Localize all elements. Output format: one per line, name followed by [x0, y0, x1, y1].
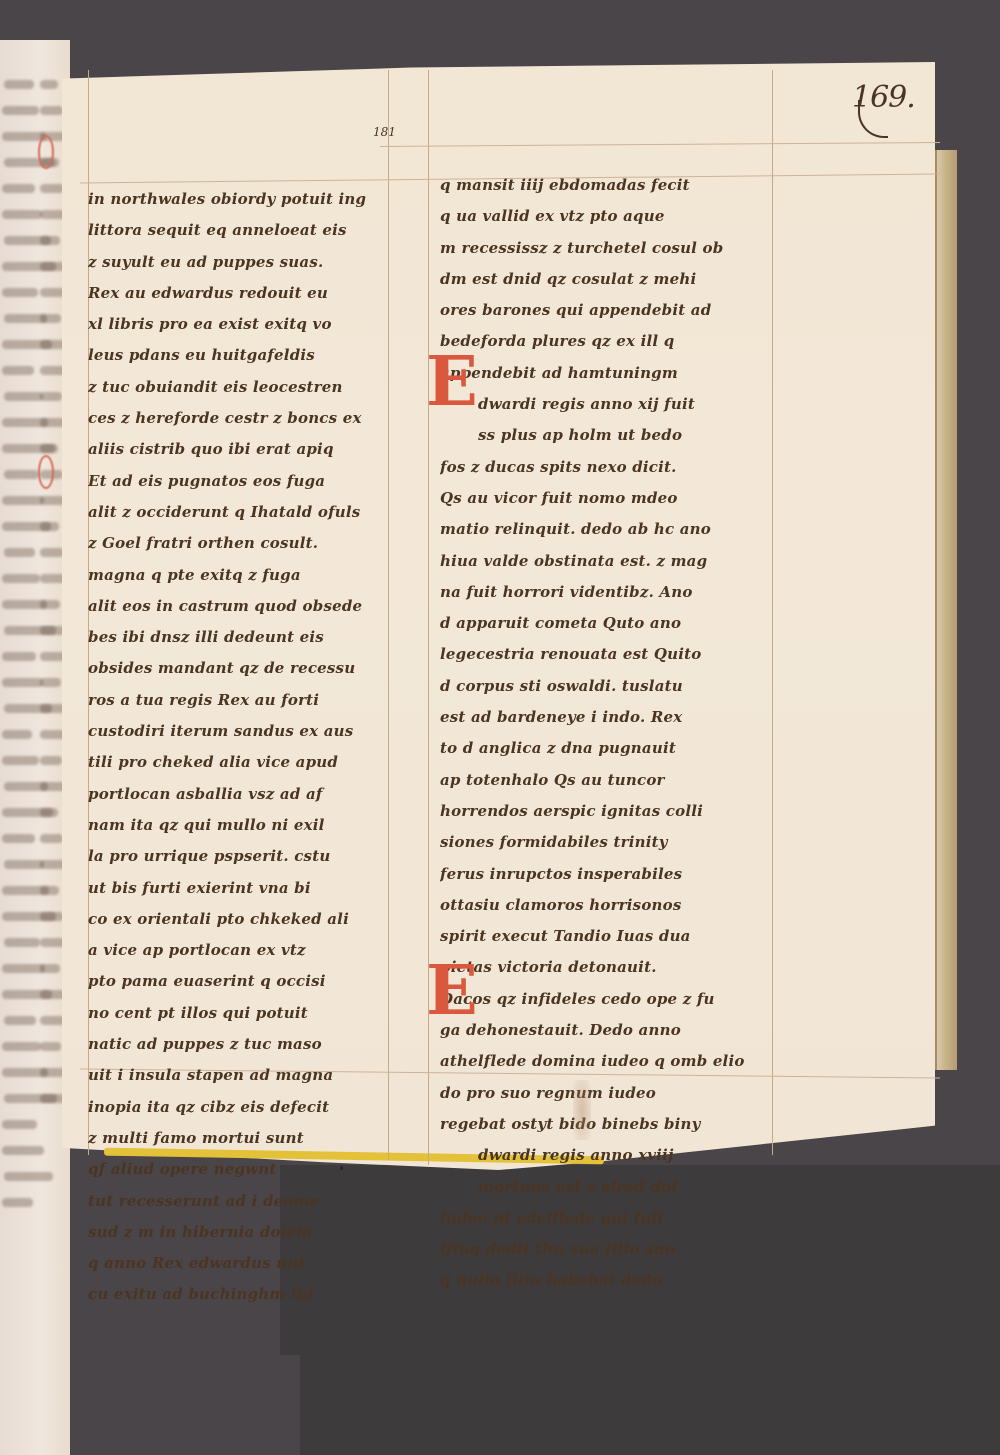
facing-text-line [40, 600, 60, 609]
text-line: athelflede domina iudeo q omb elio [440, 1046, 780, 1077]
text-line: ces z hereforde cestr z boncs ex [88, 403, 398, 434]
facing-text-line [2, 496, 44, 505]
text-line: iudeo pt edelflede qui fuit [440, 1203, 780, 1234]
text-line: pietas victoria detonauit. [440, 952, 780, 983]
text-line: cu exitu ad buchinghm ibi [88, 1279, 398, 1310]
text-line: aliis cistrib quo ibi erat apiq [88, 434, 398, 465]
text-line: mortuus est z elred dol [440, 1172, 780, 1203]
text-line: Qs au vicor fuit nomo mdeo [440, 483, 780, 514]
text-line: littora sequit eq anneloeat eis [88, 215, 398, 246]
facing-text-line [40, 106, 63, 115]
text-line: tili pro cheked alia vice apud [88, 747, 398, 778]
facing-text-line [2, 210, 42, 219]
text-line: la pro urrique pspserit. cstu [88, 841, 398, 872]
facing-text-line [40, 964, 60, 973]
text-line: fos z ducas spits nexo dicit. [440, 452, 780, 483]
text-line: d corpus sti oswaldi. tuslatu [440, 671, 780, 702]
facing-text-line [4, 938, 40, 947]
text-line: co ex orientali pto chkeked ali [88, 904, 398, 935]
text-line: in northwales obiordy potuit ing [88, 184, 398, 215]
text-line: Et ad eis pugnatos eos fuga [88, 466, 398, 497]
text-line: ga dehonestauit. Dedo anno [440, 1015, 780, 1046]
text-line: q mansit iiij ebdomadas fecit [440, 170, 780, 201]
facing-text-line [40, 80, 58, 89]
facing-text-line [4, 1016, 36, 1025]
facing-text-line [4, 1172, 53, 1181]
facing-text-line [40, 392, 62, 401]
text-line: ss plus ap holm ut bedo [440, 420, 780, 451]
text-line: legecestria renouata est Quito [440, 639, 780, 670]
text-line: tut recesserunt ad i deome [88, 1186, 398, 1217]
text-line: appendebit ad hamtuningm [440, 358, 780, 389]
facing-text-line [40, 262, 65, 271]
facing-text-line [2, 730, 32, 739]
facing-text-line [2, 834, 35, 843]
text-line: d apparuit cometa Quto ano [440, 608, 780, 639]
facing-text-line [2, 678, 43, 687]
text-line: q anno Rex edwardus unt [88, 1248, 398, 1279]
facing-text-line [2, 366, 34, 375]
text-line: q nullo filiu habebat dedo [440, 1265, 780, 1296]
page-edges-stack [935, 150, 957, 1070]
facing-text-line [40, 756, 62, 765]
facing-text-line [40, 990, 65, 999]
facing-text-line [2, 652, 36, 661]
facing-text-line [40, 626, 65, 635]
text-line: pto pama euaserint q occisi [88, 966, 398, 997]
rubricated-initial-1: E [426, 348, 478, 416]
facing-text-line [2, 106, 39, 115]
text-line: ap totenhalo Qs au tuncor [440, 765, 780, 796]
text-line: nam ita qz qui mullo ni exil [88, 810, 398, 841]
text-line: bedeforda plures qz ex ill q [440, 326, 780, 357]
text-line: dwardi regis anno xij fuit [440, 389, 780, 420]
text-line: ottasiu clamoros horrisonos [440, 890, 780, 921]
facing-text-line [4, 470, 39, 479]
facing-text-line [2, 184, 35, 193]
text-line: z multi famo mortui sunt [88, 1123, 398, 1154]
facing-text-line [40, 834, 63, 843]
facing-text-line [40, 886, 59, 895]
facing-text-line [2, 574, 40, 583]
facing-text-line [40, 444, 58, 453]
text-line: Rex au edwardus redouit eu [88, 278, 398, 309]
text-line: alit eos in castrum quod obsede [88, 591, 398, 622]
text-line: est ad bardeneye i indo. Rex [440, 702, 780, 733]
facing-text-line [2, 964, 45, 973]
left-column-text: in northwales obiordy potuit inglittora … [88, 184, 398, 1311]
text-line: spirit execut Tandio Iuas dua [440, 921, 780, 952]
facing-text-line [2, 1146, 44, 1155]
text-line: dwardi regis anno xviij [440, 1140, 780, 1171]
text-line: leus pdans eu huitgafeldis [88, 340, 398, 371]
text-line: horrendos aerspic ignitas colli [440, 796, 780, 827]
text-line: natic ad puppes z tuc maso [88, 1029, 398, 1060]
text-line: uit i insula stapen ad magna [88, 1060, 398, 1091]
text-line: inopia ita qz cibz eis defecit [88, 1092, 398, 1123]
facing-text-line [2, 1042, 41, 1051]
facing-text-line [40, 808, 58, 817]
text-line: m recessissz z turchetel cosul ob [440, 233, 780, 264]
facing-text-line [4, 548, 35, 557]
text-line: obsides mandant qz de recessu [88, 653, 398, 684]
facing-text-line [2, 756, 39, 765]
facing-text-line [40, 522, 59, 531]
facing-text-line [40, 548, 64, 557]
text-line: ros a tua regis Rex au forti [88, 685, 398, 716]
text-line: xl libris pro ea exist exitq vo [88, 309, 398, 340]
facing-text-line [40, 236, 60, 245]
text-line: dm est dnid qz cosulat z mehi [440, 264, 780, 295]
text-line: ferus inrupctos insperabiles [440, 859, 780, 890]
text-line: q ua vallid ex vtz pto aque [440, 201, 780, 232]
facing-text-line [4, 80, 34, 89]
facing-text-line [4, 392, 43, 401]
text-line: sud z m in hibernia dolem [88, 1217, 398, 1248]
text-line: hiua valde obstinata est. z mag [440, 546, 780, 577]
facing-rubricated-initial [38, 455, 54, 489]
text-line: bes ibi dnsz illi dedeunt eis [88, 622, 398, 653]
rubricated-initial-2: E [426, 957, 478, 1025]
ink-dot [340, 1166, 343, 1170]
text-line: ores barones qui appendebit ad [440, 295, 780, 326]
text-line: z suyult eu ad puppes suas. [88, 247, 398, 278]
facing-text-line [4, 860, 44, 869]
facing-text-line [40, 314, 61, 323]
running-number: 181 [373, 125, 396, 139]
text-line: to d anglica z dna pugnauit [440, 733, 780, 764]
text-line: matio relinquit. dedo ab hc ano [440, 514, 780, 545]
text-line: z Goel fratri orthen cosult. [88, 528, 398, 559]
text-line: a vice ap portlocan ex vtz [88, 935, 398, 966]
text-line: qf aliud opere negwnt [88, 1154, 398, 1185]
text-line: na fuit horrori videntibz. Ano [440, 577, 780, 608]
facing-text-line [40, 1042, 61, 1051]
text-line: magna q pte exitq z fuga [88, 560, 398, 591]
text-line: Dacos qz infideles cedo ope z fu [440, 984, 780, 1015]
text-line: portlocan asballia vsz ad af [88, 779, 398, 810]
facing-text-line [2, 288, 38, 297]
facing-rubricated-initial [38, 135, 54, 169]
facing-text-line [40, 184, 64, 193]
facing-text-line [2, 1198, 33, 1207]
facing-text-line [2, 1120, 37, 1129]
text-line: custodiri iterum sandus ex aus [88, 716, 398, 747]
text-line: z tuc obuiandit eis leocestren [88, 372, 398, 403]
text-line: no cent pt illos qui potuit [88, 998, 398, 1029]
text-line: regebat ostyt bido binebs biny [440, 1109, 780, 1140]
facing-text-line [40, 678, 61, 687]
text-line: siones formidabiles trinity [440, 827, 780, 858]
text-line: ifiuq dedit thu sua filio suo [440, 1234, 780, 1265]
right-column-text: q mansit iiij ebdomadas fecitq ua vallid… [440, 170, 780, 1297]
foam-support-gap [40, 1355, 300, 1455]
text-line: ut bis furti exierint vna bi [88, 873, 398, 904]
facing-text-line [40, 912, 64, 921]
page-stain [573, 1080, 591, 1140]
text-line: alit z occiderunt q Ihatald ofuls [88, 497, 398, 528]
facing-page [0, 40, 70, 1455]
text-line: do pro suo regnum iudeo [440, 1078, 780, 1109]
